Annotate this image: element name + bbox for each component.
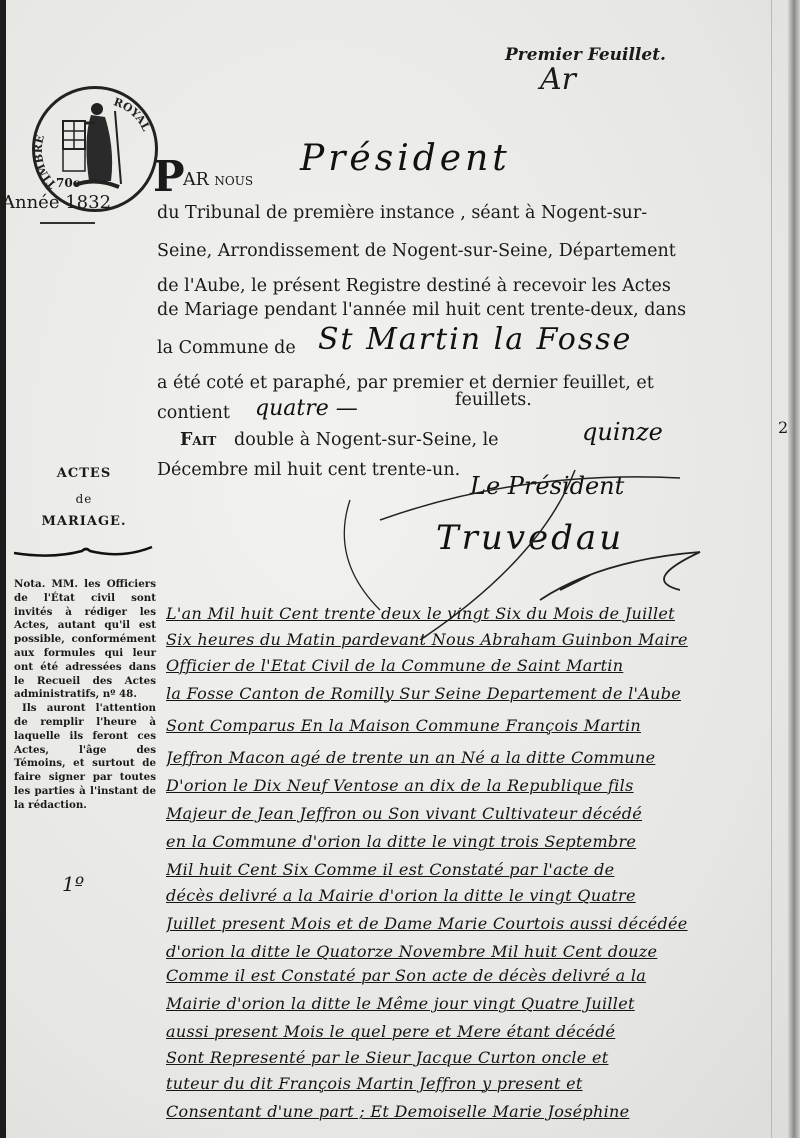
manuscript-line: Sont Representé par le Sieur Jacque Curt…: [166, 1048, 776, 1067]
manuscript-line: Majeur de Jean Jeffron ou Son vivant Cul…: [166, 804, 776, 823]
manuscript-line: Juillet present Mois et de Dame Marie Co…: [166, 914, 776, 933]
manuscript-line: Mil huit Cent Six Comme il est Constaté …: [166, 860, 776, 879]
brace-ornament-icon: [12, 543, 154, 559]
page-number: 2: [778, 418, 788, 437]
note-paragraph-2: Ils auront l'attention de remplir l'heur…: [14, 702, 156, 812]
sidebar-note: Nota. MM. les Officiers de l'État civil …: [14, 578, 156, 813]
margin-mark: 1º: [62, 872, 84, 896]
manuscript-line: D'orion le Dix Neuf Ventose an dix de la…: [166, 776, 776, 795]
manuscript-line: Consentant d'une part ; Et Demoiselle Ma…: [166, 1102, 776, 1121]
manuscript-line: Officier de l'Etat Civil de la Commune d…: [166, 656, 776, 675]
sidebar-title-mariage: MARIAGE.: [0, 514, 168, 529]
manuscript-line: Jeffron Macon agé de trente un an Né a l…: [166, 748, 776, 767]
manuscript-line: Sont Comparus En la Maison Commune Franç…: [166, 716, 776, 735]
note-paragraph-1: Nota. MM. les Officiers de l'État civil …: [14, 578, 156, 702]
sidebar-title-de: de: [0, 492, 168, 506]
manuscript-line: en la Commune d'orion la ditte le vingt …: [166, 832, 776, 851]
manuscript-line: aussi present Mois le quel pere et Mere …: [166, 1022, 776, 1041]
sidebar-title-actes: ACTES: [0, 466, 168, 481]
manuscript-line: d'orion la ditte le Quatorze Novembre Mi…: [166, 942, 776, 961]
manuscript-line: L'an Mil huit Cent trente deux le vingt …: [166, 604, 776, 623]
register-page: Premier Feuillet. Ar TIMBRE ROYAL 70c An…: [0, 0, 800, 1138]
manuscript-line: Six heures du Matin pardevant Nous Abrah…: [166, 630, 776, 649]
manuscript-line: Mairie d'orion la ditte le Même jour vin…: [166, 994, 776, 1013]
manuscript-line: tuteur du dit François Martin Jeffron y …: [166, 1074, 776, 1093]
manuscript-line: décès delivré a la Mairie d'orion la dit…: [166, 886, 776, 905]
manuscript-line: la Fosse Canton de Romilly Sur Seine Dep…: [166, 684, 776, 703]
manuscript-line: Comme il est Constaté par Son acte de dé…: [166, 966, 776, 985]
